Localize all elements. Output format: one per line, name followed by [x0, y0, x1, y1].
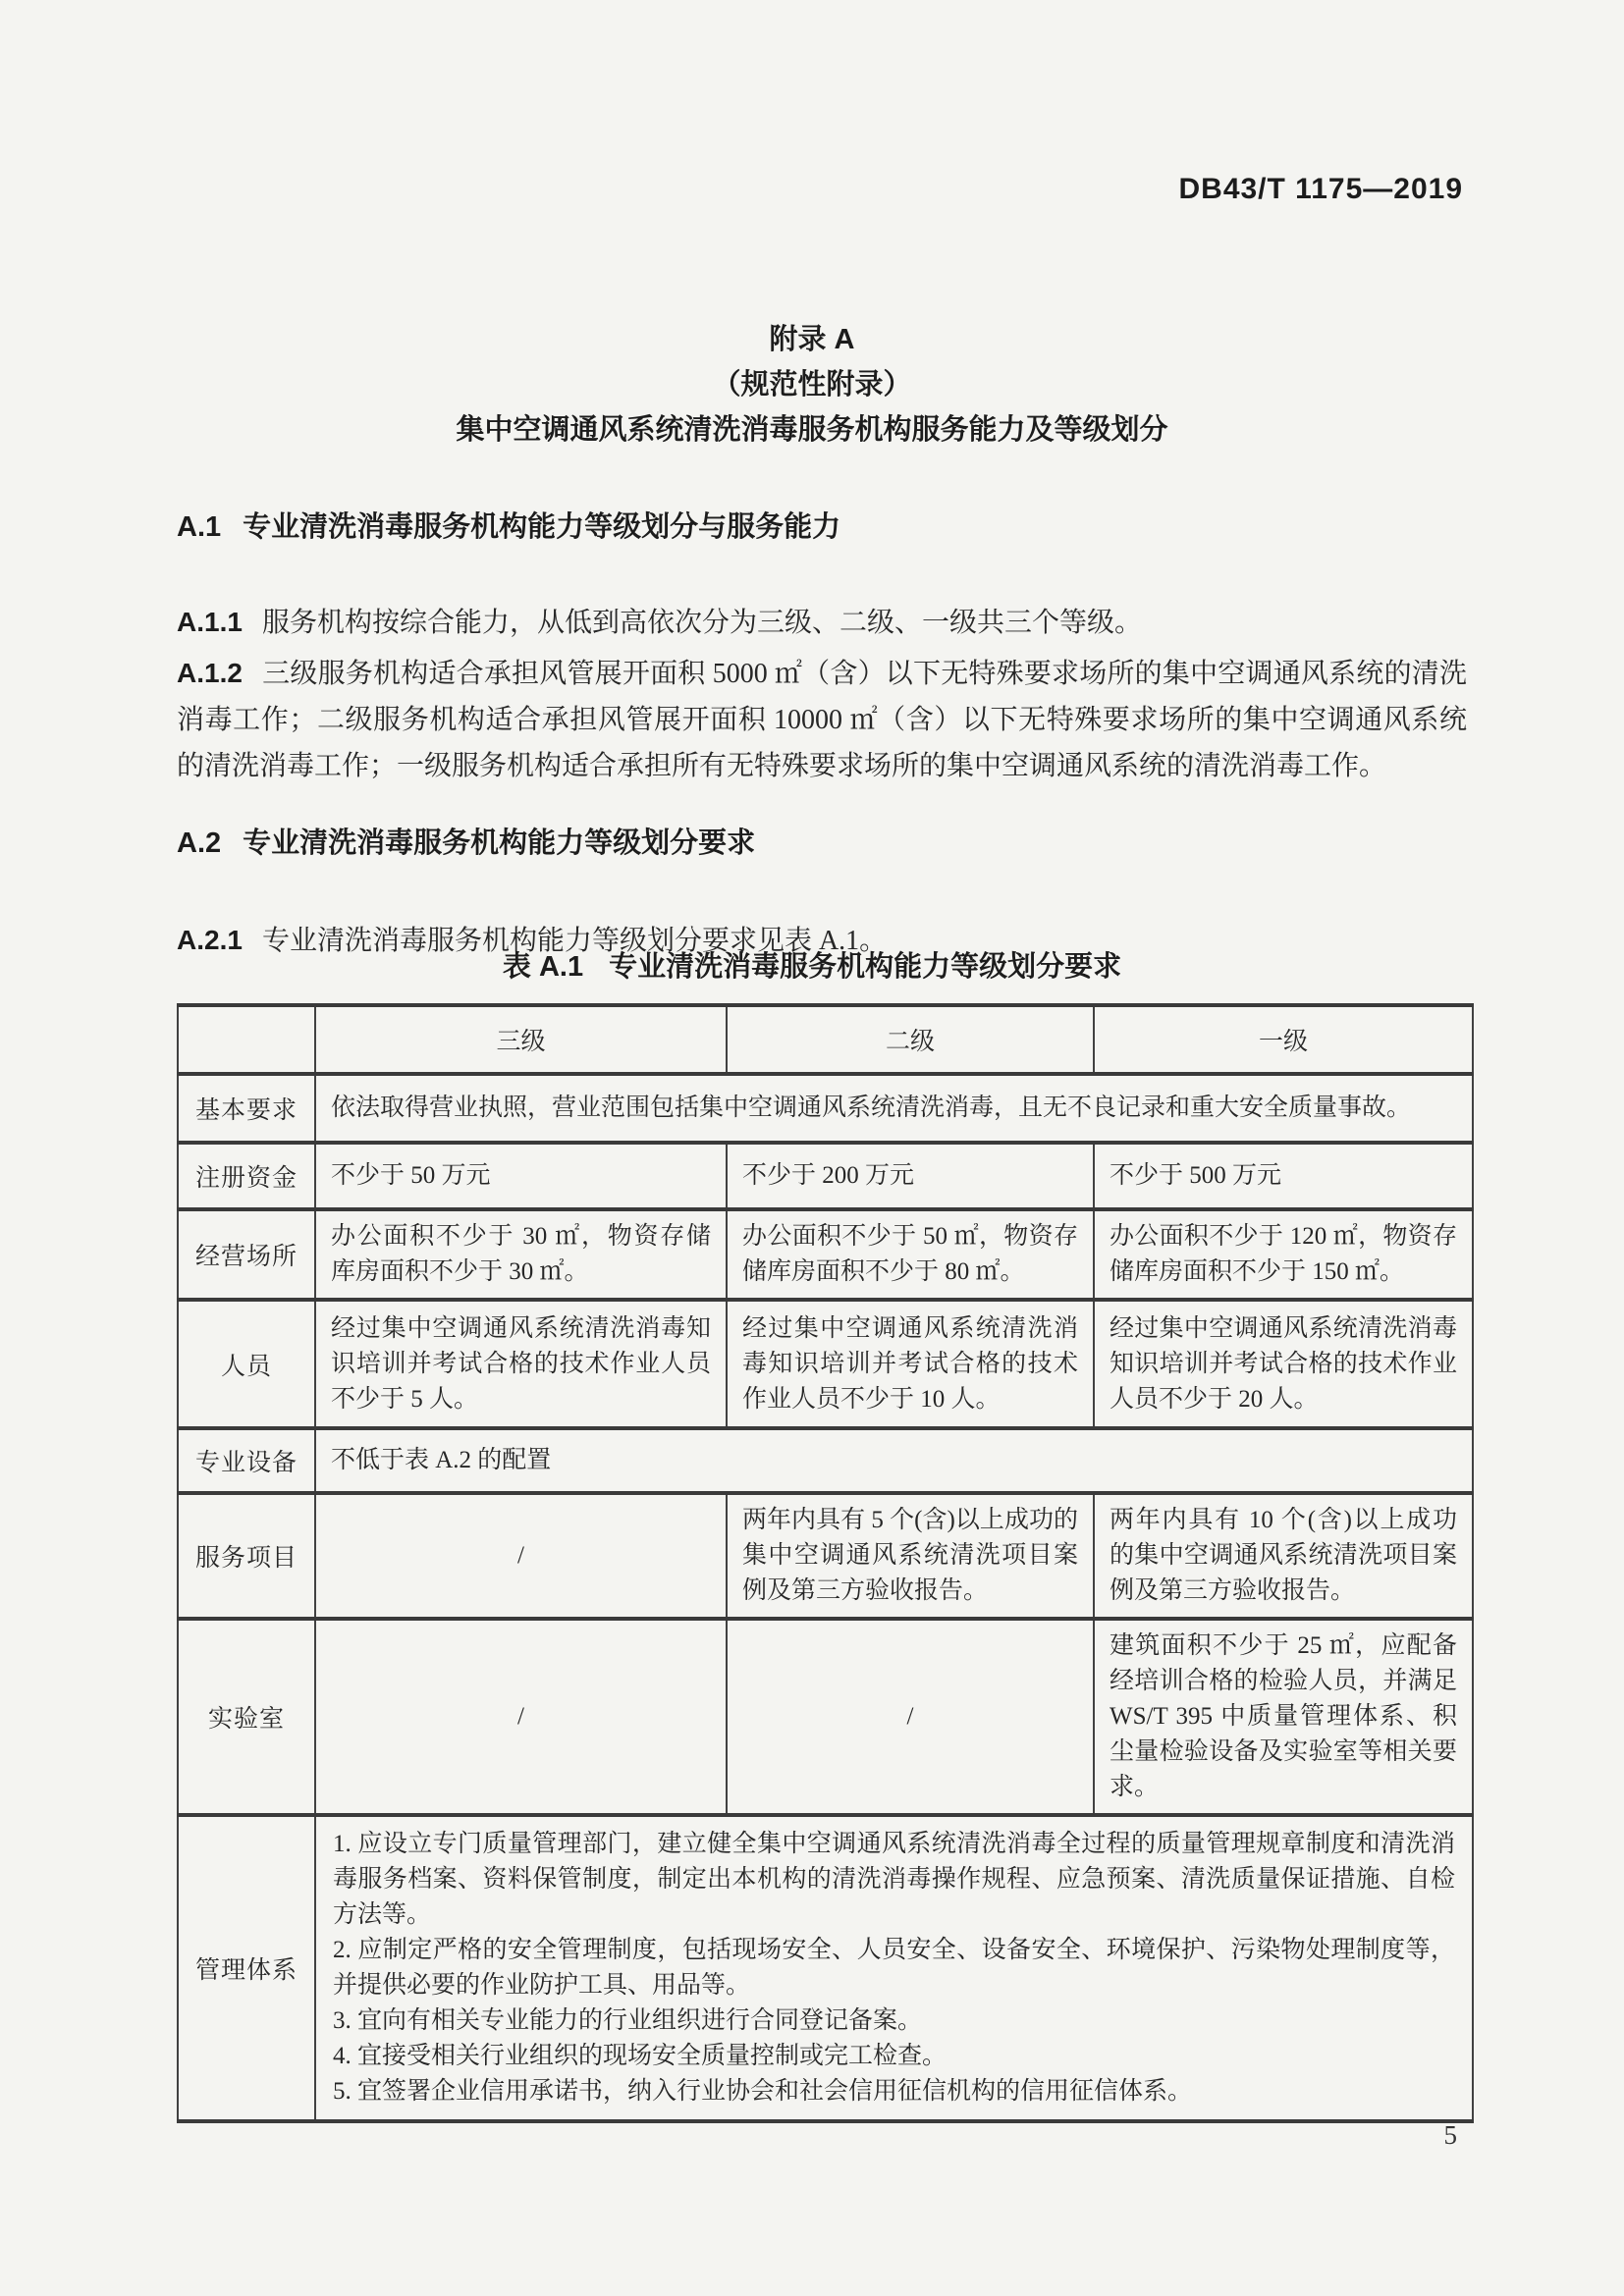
cell-personnel-level3: 经过集中空调通风系统清洗消毒知识培训并考试合格的技术作业人员不少于 5 人。 [315, 1300, 727, 1428]
cell-premises-level3: 办公面积不少于 30 ㎡，物资存储库房面积不少于 30 ㎡。 [315, 1209, 727, 1300]
table-caption-title: 专业清洗消毒服务机构能力等级划分要求 [609, 951, 1121, 983]
cell-capital-level3: 不少于 50 万元 [315, 1143, 727, 1209]
section-heading-a2: A.2专业清洗消毒服务机构能力等级划分要求 [177, 821, 755, 861]
col-header-level-3: 三级 [315, 1005, 727, 1074]
cell-laboratory-level2: / [727, 1619, 1094, 1815]
management-item-3: 3. 宜向有相关专业能力的行业组织进行合同登记备案。 [333, 2003, 1455, 2039]
table-header-row: 三级 二级 一级 [178, 1005, 1473, 1074]
document-page: DB43/T 1175—2019 附录 A （规范性附录） 集中空调通风系统清洗… [0, 0, 1624, 2296]
clause-a11: A.1.1服务机构按综合能力，从低到高依次分为三级、二级、一级共三个等级。 [177, 599, 1467, 646]
appendix-header: 附录 A （规范性附录） 集中空调通风系统清洗消毒服务机构服务能力及等级划分 [0, 324, 1624, 459]
row-label-laboratory: 实验室 [178, 1619, 315, 1815]
section-a1-number: A.1 [177, 511, 221, 543]
row-label-equipment: 专业设备 [178, 1428, 315, 1493]
clause-a12-text: 三级服务机构适合承担风管展开面积 5000 ㎡（含）以下无特殊要求场所的集中空调… [177, 659, 1467, 781]
cell-laboratory-level1: 建筑面积不少于 25 ㎡，应配备经培训合格的检验人员，并满足 WS/T 395 … [1094, 1619, 1473, 1815]
clause-a12-number: A.1.2 [177, 658, 243, 688]
col-header-level-2: 二级 [727, 1005, 1094, 1074]
appendix-label: 附录 A [0, 324, 1624, 356]
standard-number: DB43/T 1175—2019 [1178, 173, 1463, 206]
cell-capital-level2: 不少于 200 万元 [727, 1143, 1094, 1209]
row-label-capital: 注册资金 [178, 1143, 315, 1209]
table-a1-caption: 表 A.1专业清洗消毒服务机构能力等级划分要求 [0, 944, 1624, 985]
section-a2-number: A.2 [177, 828, 221, 859]
cell-capital-level1: 不少于 500 万元 [1094, 1143, 1473, 1209]
cell-equipment-span: 不低于表 A.2 的配置 [315, 1428, 1473, 1493]
clause-a12: A.1.2三级服务机构适合承担风管展开面积 5000 ㎡（含）以下无特殊要求场所… [177, 650, 1467, 789]
cell-personnel-level2: 经过集中空调通风系统清洗消毒知识培训并考试合格的技术作业人员不少于 10 人。 [727, 1300, 1094, 1428]
cell-laboratory-level3: / [315, 1619, 727, 1815]
section-a1-title: 专业清洗消毒服务机构能力等级划分与服务能力 [243, 511, 840, 543]
table-row-basic: 基本要求 依法取得营业执照，营业范围包括集中空调通风系统清洗消毒，且无不良记录和… [178, 1074, 1473, 1143]
cell-projects-level2: 两年内具有 5 个(含)以上成功的集中空调通风系统清洗项目案例及第三方验收报告。 [727, 1493, 1094, 1619]
row-label-management: 管理体系 [178, 1815, 315, 2121]
table-row-equipment: 专业设备 不低于表 A.2 的配置 [178, 1428, 1473, 1493]
table-row-projects: 服务项目 / 两年内具有 5 个(含)以上成功的集中空调通风系统清洗项目案例及第… [178, 1493, 1473, 1619]
appendix-normative-note: （规范性附录） [0, 369, 1624, 401]
management-item-5: 5. 宜签署企业信用承诺书，纳入行业协会和社会信用征信机构的信用征信体系。 [333, 2074, 1455, 2109]
table-a1: 三级 二级 一级 基本要求 依法取得营业执照，营业范围包括集中空调通风系统清洗消… [177, 1003, 1474, 2123]
appendix-title: 集中空调通风系统清洗消毒服务机构服务能力及等级划分 [0, 414, 1624, 447]
section-heading-a1: A.1专业清洗消毒服务机构能力等级划分与服务能力 [177, 505, 840, 545]
cell-personnel-level1: 经过集中空调通风系统清洗消毒知识培训并考试合格的技术作业人员不少于 20 人。 [1094, 1300, 1473, 1428]
management-item-1: 1. 应设立专门质量管理部门，建立健全集中空调通风系统清洗消毒全过程的质量管理规… [333, 1827, 1455, 1933]
table-row-personnel: 人员 经过集中空调通风系统清洗消毒知识培训并考试合格的技术作业人员不少于 5 人… [178, 1300, 1473, 1428]
page-number: 5 [1444, 2120, 1458, 2151]
col-header-level-1: 一级 [1094, 1005, 1473, 1074]
table-row-laboratory: 实验室 / / 建筑面积不少于 25 ㎡，应配备经培训合格的检验人员，并满足 W… [178, 1619, 1473, 1815]
table-caption-label: 表 A.1 [503, 951, 583, 983]
management-item-4: 4. 宜接受相关行业组织的现场安全质量控制或完工检查。 [333, 2039, 1455, 2074]
table-row-premises: 经营场所 办公面积不少于 30 ㎡，物资存储库房面积不少于 30 ㎡。 办公面积… [178, 1209, 1473, 1300]
row-label-basic: 基本要求 [178, 1074, 315, 1143]
cell-premises-level2: 办公面积不少于 50 ㎡，物资存储库房面积不少于 80 ㎡。 [727, 1209, 1094, 1300]
row-label-projects: 服务项目 [178, 1493, 315, 1619]
row-label-personnel: 人员 [178, 1300, 315, 1428]
clause-a11-text: 服务机构按综合能力，从低到高依次分为三级、二级、一级共三个等级。 [262, 608, 1142, 638]
cell-basic-span: 依法取得营业执照，营业范围包括集中空调通风系统清洗消毒，且无不良记录和重大安全质… [315, 1074, 1473, 1143]
cell-premises-level1: 办公面积不少于 120 ㎡，物资存储库房面积不少于 150 ㎡。 [1094, 1209, 1473, 1300]
cell-management-span: 1. 应设立专门质量管理部门，建立健全集中空调通风系统清洗消毒全过程的质量管理规… [315, 1815, 1473, 2121]
cell-projects-level1: 两年内具有 10 个(含)以上成功的集中空调通风系统清洗项目案例及第三方验收报告… [1094, 1493, 1473, 1619]
table-row-capital: 注册资金 不少于 50 万元 不少于 200 万元 不少于 500 万元 [178, 1143, 1473, 1209]
cell-projects-level3: / [315, 1493, 727, 1619]
table-row-management: 管理体系 1. 应设立专门质量管理部门，建立健全集中空调通风系统清洗消毒全过程的… [178, 1815, 1473, 2121]
corner-cell [178, 1005, 315, 1074]
section-a2-title: 专业清洗消毒服务机构能力等级划分要求 [243, 828, 755, 859]
clause-a11-number: A.1.1 [177, 607, 243, 637]
management-item-2: 2. 应制定严格的安全管理制度，包括现场安全、人员安全、设备安全、环境保护、污染… [333, 1933, 1455, 2003]
row-label-premises: 经营场所 [178, 1209, 315, 1300]
